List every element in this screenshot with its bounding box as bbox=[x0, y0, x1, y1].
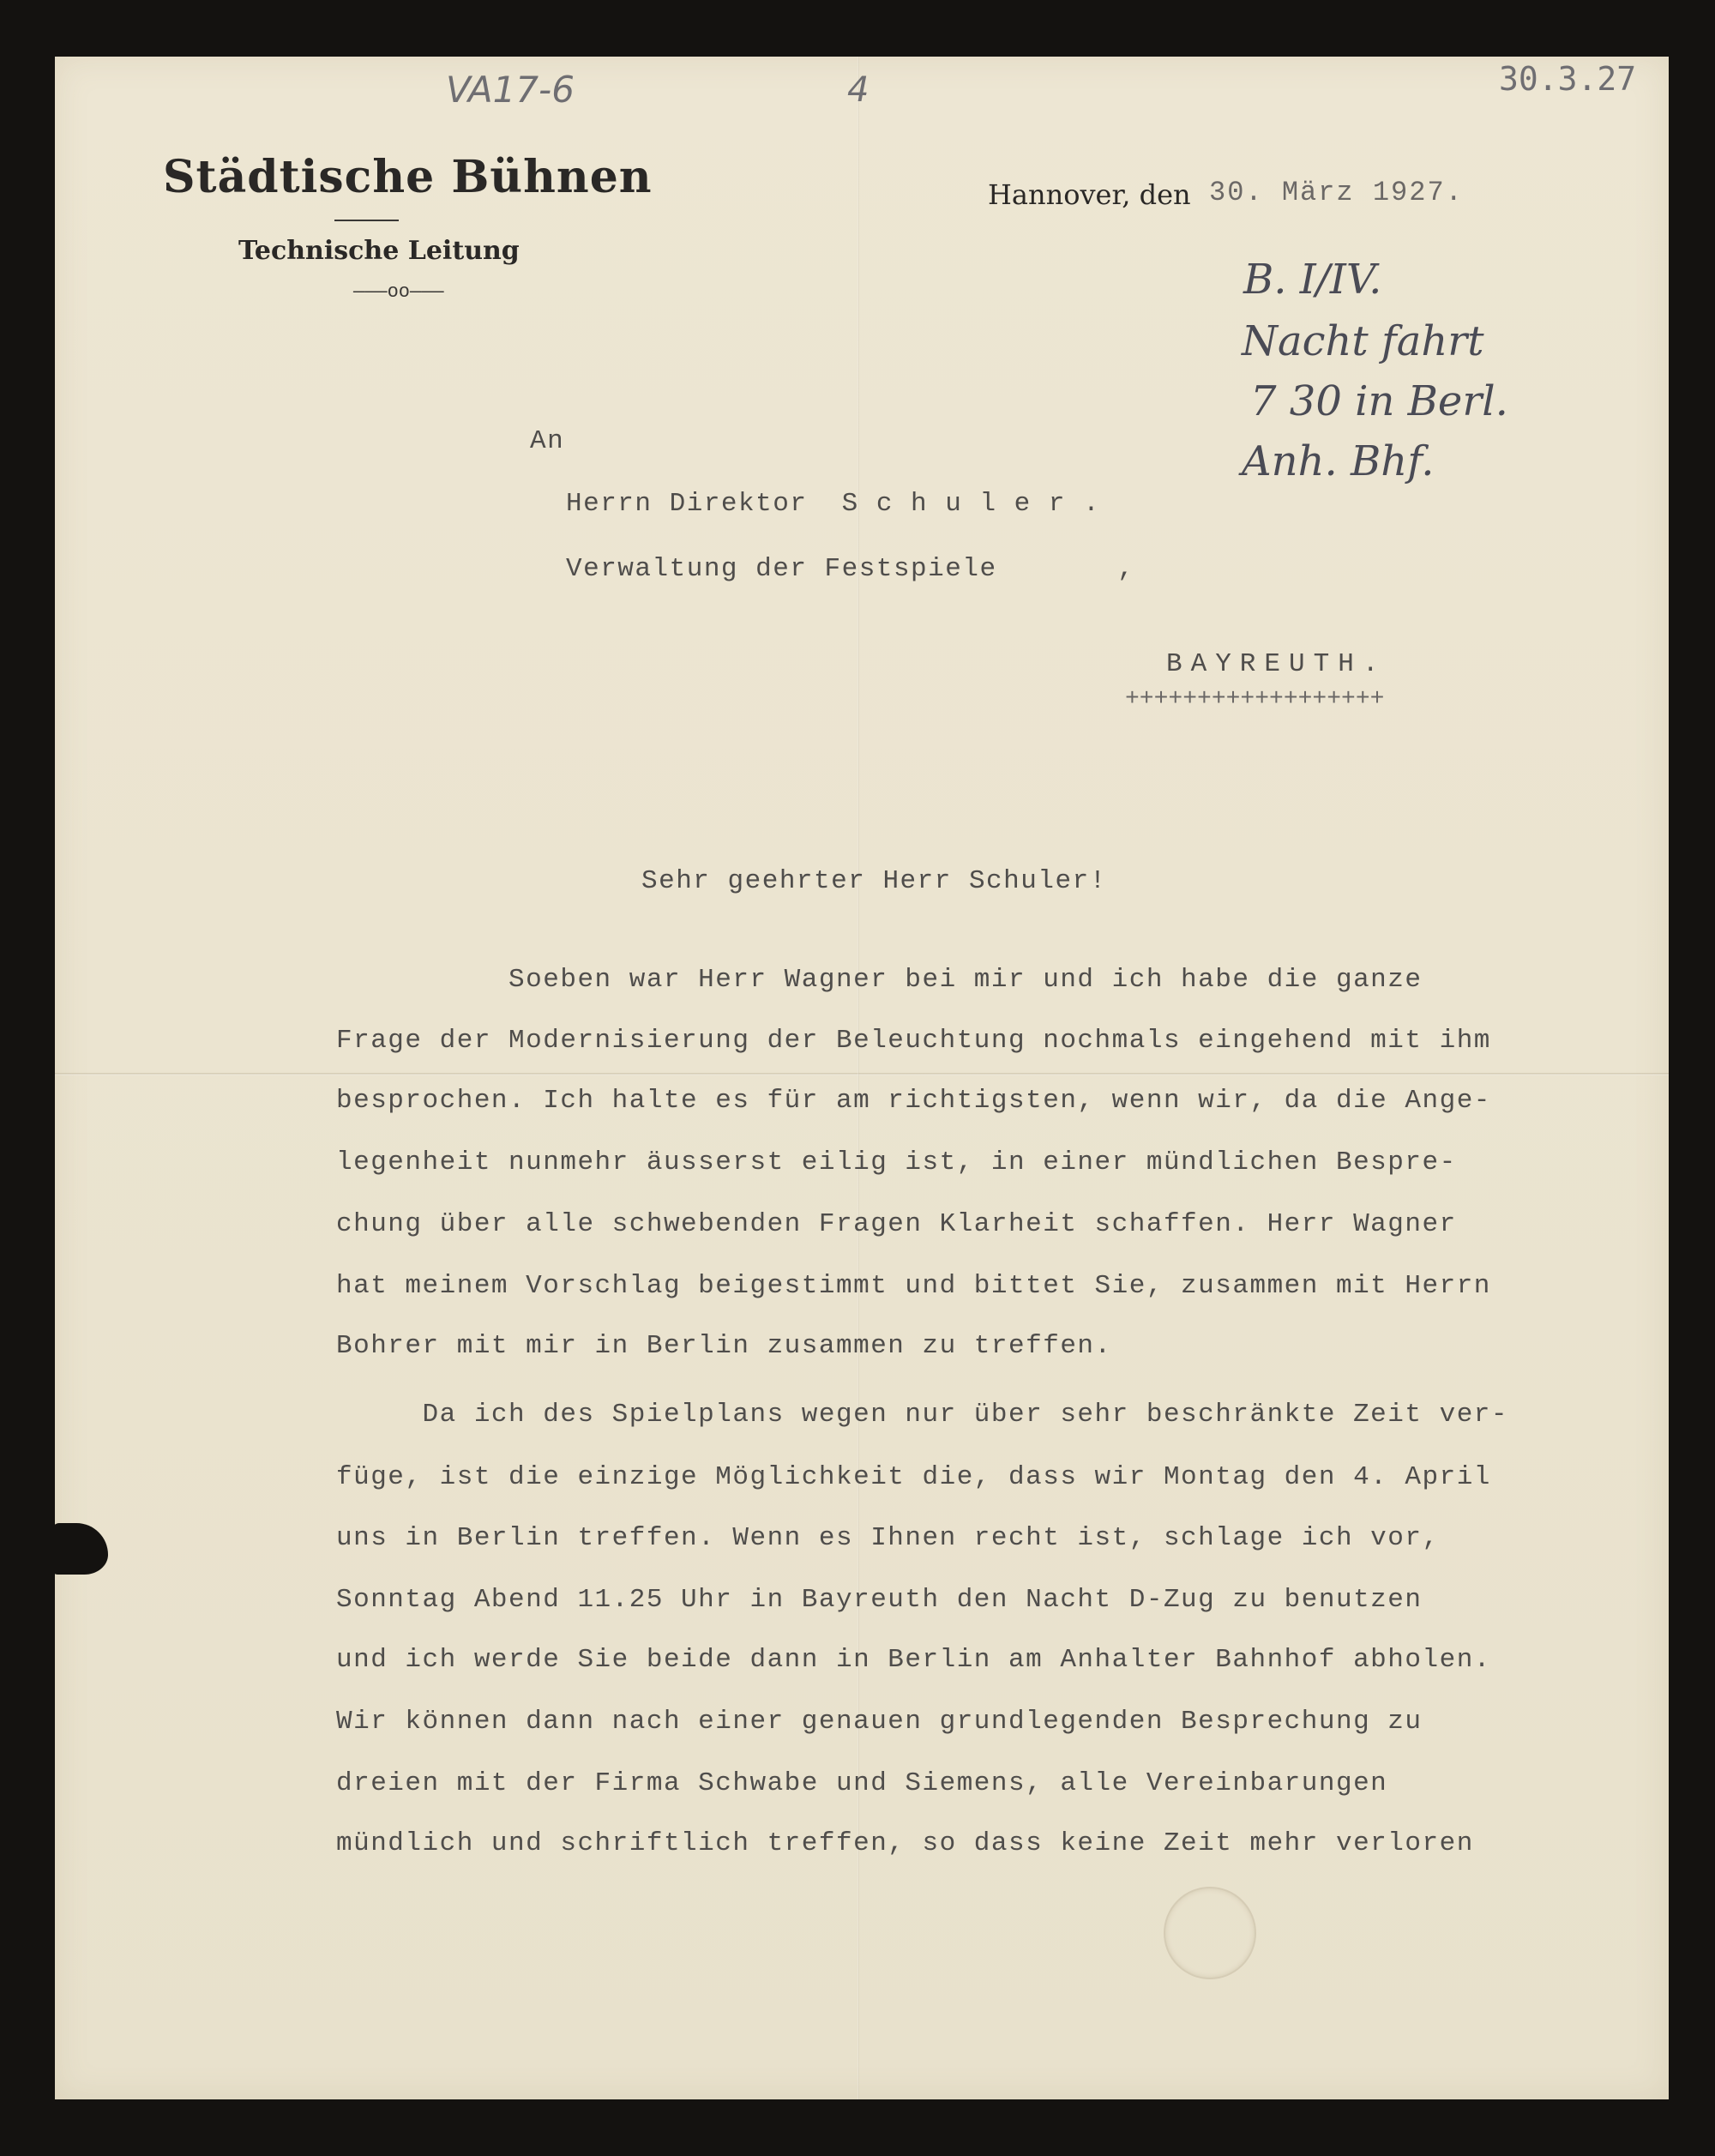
handwritten-note-line: Nacht fahrt bbox=[1242, 317, 1484, 365]
pencil-date: 30.3.27 bbox=[1499, 60, 1636, 98]
letterhead-title: Städtische Bühnen bbox=[163, 151, 653, 203]
handwritten-note-line: 7 30 in Berl. bbox=[1250, 377, 1508, 425]
embossed-seal bbox=[1164, 1887, 1256, 1979]
body-line: legenheit nunmehr äusserst eilig ist, in… bbox=[336, 1147, 1457, 1177]
body-line: Soeben war Herr Wagner bei mir und ich h… bbox=[336, 965, 1423, 995]
body-line: dreien mit der Firma Schwabe und Siemens… bbox=[336, 1768, 1387, 1798]
dateline-date: 30. März 1927. bbox=[1209, 177, 1464, 208]
greeting: Sehr geehrter Herr Schuler! bbox=[641, 866, 1107, 896]
body-line: Frage der Modernisierung der Beleuchtung… bbox=[336, 1026, 1491, 1056]
recipient-name: Herrn Direktor S c h u l e r . bbox=[566, 489, 1100, 519]
archive-number: VA17-6 bbox=[446, 69, 575, 111]
recipient-city: BAYREUTH. bbox=[1166, 649, 1387, 679]
body-line: chung über alle schwebenden Fragen Klarh… bbox=[336, 1209, 1457, 1239]
handwritten-note-line: Anh. Bhf. bbox=[1242, 437, 1435, 485]
horizontal-fold-line bbox=[55, 1073, 1669, 1075]
body-line: Bohrer mit mir in Berlin zusammen zu tre… bbox=[336, 1331, 1112, 1361]
dateline-city: Hannover, den bbox=[988, 178, 1191, 211]
body-line: mündlich und schriftlich treffen, so das… bbox=[336, 1828, 1474, 1858]
body-line: füge, ist die einzige Möglichkeit die, d… bbox=[336, 1462, 1491, 1492]
body-line: Da ich des Spielplans wegen nur über seh… bbox=[336, 1400, 1508, 1430]
body-line: und ich werde Sie beide dann in Berlin a… bbox=[336, 1645, 1491, 1675]
letterhead-ornament: ———oo——— bbox=[353, 281, 444, 303]
page-number: 4 bbox=[847, 70, 869, 110]
body-line: Wir können dann nach einer genauen grund… bbox=[336, 1707, 1423, 1737]
letterhead-subtitle: Technische Leitung bbox=[238, 236, 520, 266]
letterhead-divider bbox=[334, 220, 399, 221]
recipient-organization: Verwaltung der Festspiele , bbox=[566, 554, 1134, 584]
body-line: uns in Berlin treffen. Wenn es Ihnen rec… bbox=[336, 1523, 1440, 1553]
body-line: besprochen. Ich halte es für am richtigs… bbox=[336, 1086, 1491, 1116]
body-line: hat meinem Vorschlag beigestimmt und bit… bbox=[336, 1271, 1491, 1301]
body-line: Sonntag Abend 11.25 Uhr in Bayreuth den … bbox=[336, 1585, 1423, 1615]
recipient-city-underline: ++++++++++++++++++ bbox=[1125, 686, 1384, 713]
recipient-prefix: An bbox=[530, 426, 564, 456]
handwritten-note-line: B. I/IV. bbox=[1243, 256, 1381, 304]
